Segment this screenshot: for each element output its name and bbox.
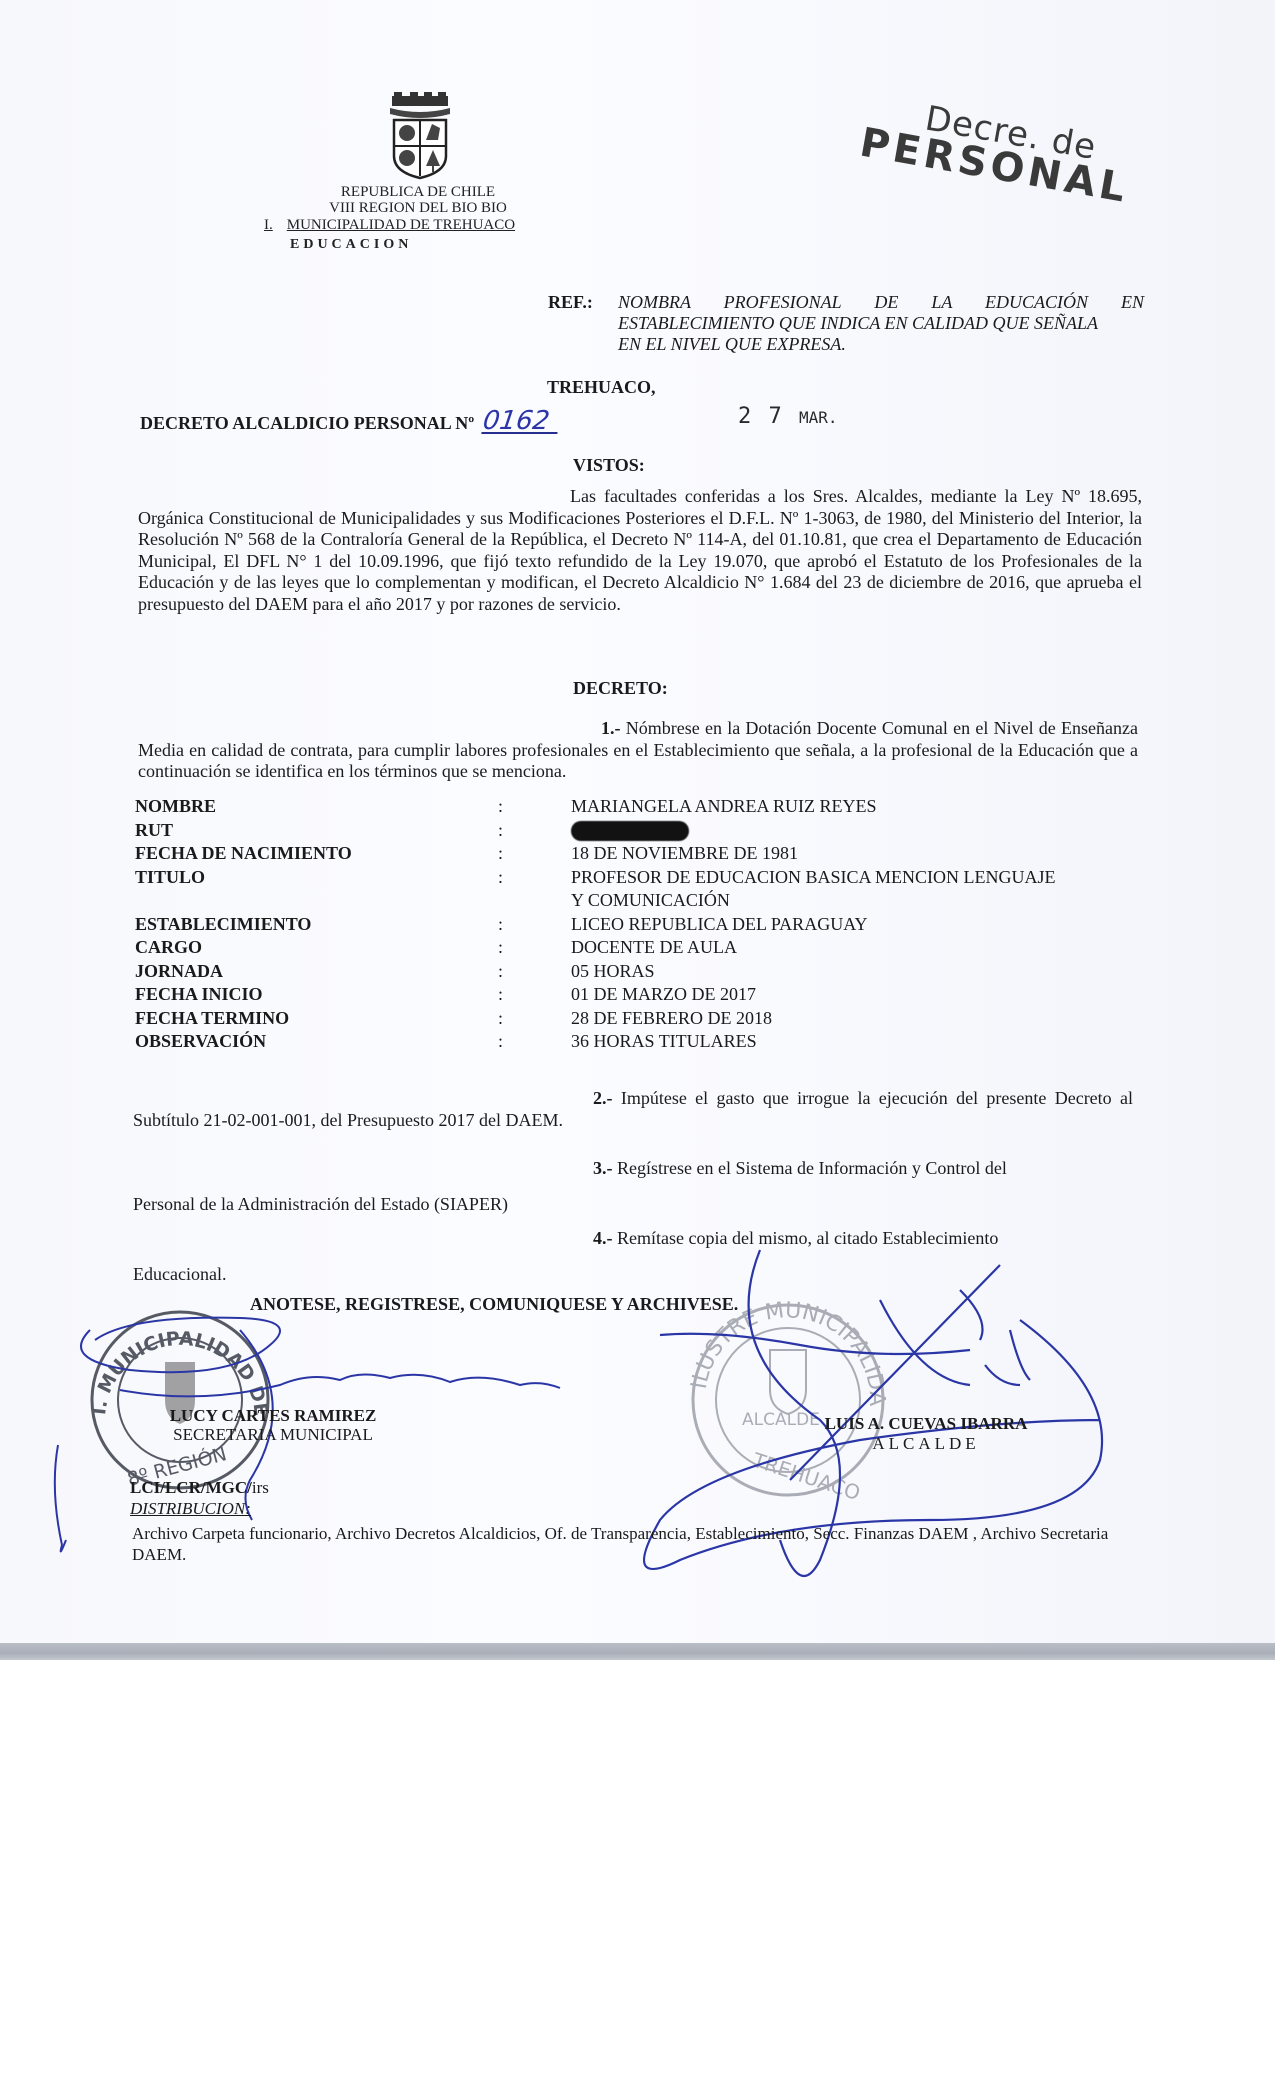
article-3-text: Regístrese en el Sistema de Información … xyxy=(617,1158,1007,1178)
vistos-heading: VISTOS: xyxy=(573,455,645,476)
article-2: 2.- Impútese el gasto que irrogue la eje… xyxy=(133,1088,1133,1131)
field-value: PROFESOR DE EDUCACION BASICA MENCION LEN… xyxy=(571,866,1095,913)
mayor-signature-block: LUIS A. CUEVAS IBARRA ALCALDE xyxy=(810,1414,1042,1454)
field-colon: : xyxy=(498,960,571,984)
decree-number-label: DECRETO ALCALDICIO PERSONAL Nº xyxy=(140,413,474,433)
article-3-tail: Personal de la Administración del Estado… xyxy=(133,1194,1133,1216)
ref-line-2: ESTABLECIMIENTO QUE INDICA EN CALIDAD QU… xyxy=(618,313,1144,334)
svg-text:ALCALDE: ALCALDE xyxy=(742,1410,820,1430)
ref-label: REF.: xyxy=(548,292,593,313)
field-value-line-2: Y COMUNICACIÓN xyxy=(571,889,1095,913)
secretary-signature-block: LUCY CARTES RAMIREZ SECRETARIA MUNICIPAL xyxy=(138,1406,408,1444)
date-day: 2 7 xyxy=(738,404,784,429)
article-1-number: 1.- xyxy=(601,718,621,738)
field-label: FECHA DE NACIMIENTO xyxy=(135,842,498,866)
field-colon: : xyxy=(498,983,571,1007)
field-label: FECHA TERMINO xyxy=(135,1007,498,1031)
field-row-jornada: JORNADA:05 HORAS xyxy=(135,960,1095,984)
letterhead-municipality-name: MUNICIPALIDAD DE TREHUACO xyxy=(287,217,515,233)
distribution-heading: DISTRIBUCION: xyxy=(130,1499,251,1519)
redacted-rut xyxy=(571,821,689,841)
field-colon: : xyxy=(498,1007,571,1031)
date-stamp: 2 7 MAR. xyxy=(738,404,838,429)
field-value xyxy=(571,819,1095,843)
article-4-tail: Educacional. xyxy=(133,1264,1133,1286)
article-1-text: Nómbrese en la Dotación Docente Comunal … xyxy=(138,718,1138,781)
decree-number: DECRETO ALCALDICIO PERSONAL Nº 0162 xyxy=(140,410,559,434)
closing-formula: ANOTESE, REGISTRESE, COMUNIQUESE Y ARCHI… xyxy=(250,1294,738,1315)
field-label: RUT xyxy=(135,819,498,843)
field-colon: : xyxy=(498,913,571,937)
vistos-text: Las facultades conferidas a los Sres. Al… xyxy=(138,486,1142,615)
field-label: FECHA INICIO xyxy=(135,983,498,1007)
city: TREHUACO, xyxy=(547,377,656,398)
field-row-establecimiento: ESTABLECIMIENTO:LICEO REPUBLICA DEL PARA… xyxy=(135,913,1095,937)
field-colon: : xyxy=(498,1030,571,1054)
letterhead-department: EDUCACION xyxy=(290,236,590,253)
mayor-title: ALCALDE xyxy=(810,1434,1042,1454)
article-4-number: 4.- xyxy=(593,1228,613,1248)
field-value: 05 HORAS xyxy=(571,960,1095,984)
letterhead-municipality: I.MUNICIPALIDAD DE TREHUACO xyxy=(264,217,564,234)
letterhead-country: REPUBLICA DE CHILE xyxy=(268,184,568,201)
article-3-number: 3.- xyxy=(593,1158,613,1178)
field-label: OBSERVACIÓN xyxy=(135,1030,498,1054)
field-row-birthdate: FECHA DE NACIMIENTO:18 DE NOVIEMBRE DE 1… xyxy=(135,842,1095,866)
field-value: 01 DE MARZO DE 2017 xyxy=(571,983,1095,1007)
letterhead-prefix: I. xyxy=(264,217,273,233)
decree-number-handwritten: 0162 xyxy=(481,410,560,434)
field-value: 28 DE FEBRERO DE 2018 xyxy=(571,1007,1095,1031)
field-colon: : xyxy=(498,936,571,960)
secretary-name: LUCY CARTES RAMIREZ xyxy=(138,1406,408,1425)
decreto-heading: DECRETO: xyxy=(573,678,668,699)
field-row-fecha-inicio: FECHA INICIO:01 DE MARZO DE 2017 xyxy=(135,983,1095,1007)
article-3: 3.- Regístrese en el Sistema de Informac… xyxy=(133,1158,1133,1215)
svg-text:TREHUACO: TREHUACO xyxy=(749,1447,863,1505)
initials-bold: LCI/LCR/MGC/ xyxy=(130,1478,252,1497)
field-value: 18 DE NOVIEMBRE DE 1981 xyxy=(571,842,1095,866)
field-label: CARGO xyxy=(135,936,498,960)
field-value: DOCENTE DE AULA xyxy=(571,936,1095,960)
article-4: 4.- Remítase copia del mismo, al citado … xyxy=(133,1228,1133,1285)
ref-line-1: NOMBRA PROFESIONAL DE LA EDUCACIÓN EN xyxy=(618,292,1144,313)
field-label: JORNADA xyxy=(135,960,498,984)
field-label: ESTABLECIMIENTO xyxy=(135,913,498,937)
field-colon: : xyxy=(498,819,571,843)
article-2-number: 2.- xyxy=(593,1088,613,1108)
field-row-nombre: NOMBRE:MARIANGELA ANDREA RUIZ REYES xyxy=(135,795,1095,819)
field-colon: : xyxy=(498,795,571,819)
coat-of-arms-icon xyxy=(380,92,460,180)
field-row-cargo: CARGO:DOCENTE DE AULA xyxy=(135,936,1095,960)
field-value: LICEO REPUBLICA DEL PARAGUAY xyxy=(571,913,1095,937)
field-row-rut: RUT: xyxy=(135,819,1095,843)
scan-bottom-edge xyxy=(0,1643,1275,1660)
field-row-fecha-termino: FECHA TERMINO:28 DE FEBRERO DE 2018 xyxy=(135,1007,1095,1031)
article-2-text: Impútese el gasto que irrogue la ejecuci… xyxy=(133,1088,1133,1130)
field-value: 36 HORAS TITULARES xyxy=(571,1030,1095,1054)
mayor-name: LUIS A. CUEVAS IBARRA xyxy=(810,1414,1042,1434)
field-colon: : xyxy=(498,842,571,866)
secretary-title: SECRETARIA MUNICIPAL xyxy=(138,1425,408,1444)
scanned-decree-page: REPUBLICA DE CHILE VIII REGION DEL BIO B… xyxy=(0,0,1275,1646)
article-1: 1.- Nómbrese en la Dotación Docente Comu… xyxy=(138,718,1138,783)
ref-line-3: EN EL NIVEL QUE EXPRESA. xyxy=(618,334,1144,355)
letterhead-region: VIII REGION DEL BIO BIO xyxy=(268,200,568,217)
field-value: MARIANGELA ANDREA RUIZ REYES xyxy=(571,795,1095,819)
initials-typist: irs xyxy=(252,1478,269,1497)
typist-initials: LCI/LCR/MGC/irs xyxy=(130,1478,269,1498)
field-value-line-1: PROFESOR DE EDUCACION BASICA MENCION LEN… xyxy=(571,866,1095,890)
date-month: MAR. xyxy=(799,408,838,427)
field-colon: : xyxy=(498,866,571,913)
field-label: TITULO xyxy=(135,866,498,913)
ref-text: NOMBRA PROFESIONAL DE LA EDUCACIÓN EN ES… xyxy=(618,292,1144,355)
article-4-text: Remítase copia del mismo, al citado Esta… xyxy=(617,1228,998,1248)
field-row-observacion: OBSERVACIÓN:36 HORAS TITULARES xyxy=(135,1030,1095,1054)
distribution-list: Archivo Carpeta funcionario, Archivo Dec… xyxy=(132,1523,1152,1565)
personal-decree-stamp: Decre. de PERSONAL xyxy=(856,88,1138,212)
appointee-fields: NOMBRE:MARIANGELA ANDREA RUIZ REYES RUT:… xyxy=(135,795,1095,1054)
field-label: NOMBRE xyxy=(135,795,498,819)
field-row-titulo: TITULO:PROFESOR DE EDUCACION BASICA MENC… xyxy=(135,866,1095,913)
vistos-paragraph: Las facultades conferidas a los Sres. Al… xyxy=(138,486,1142,614)
